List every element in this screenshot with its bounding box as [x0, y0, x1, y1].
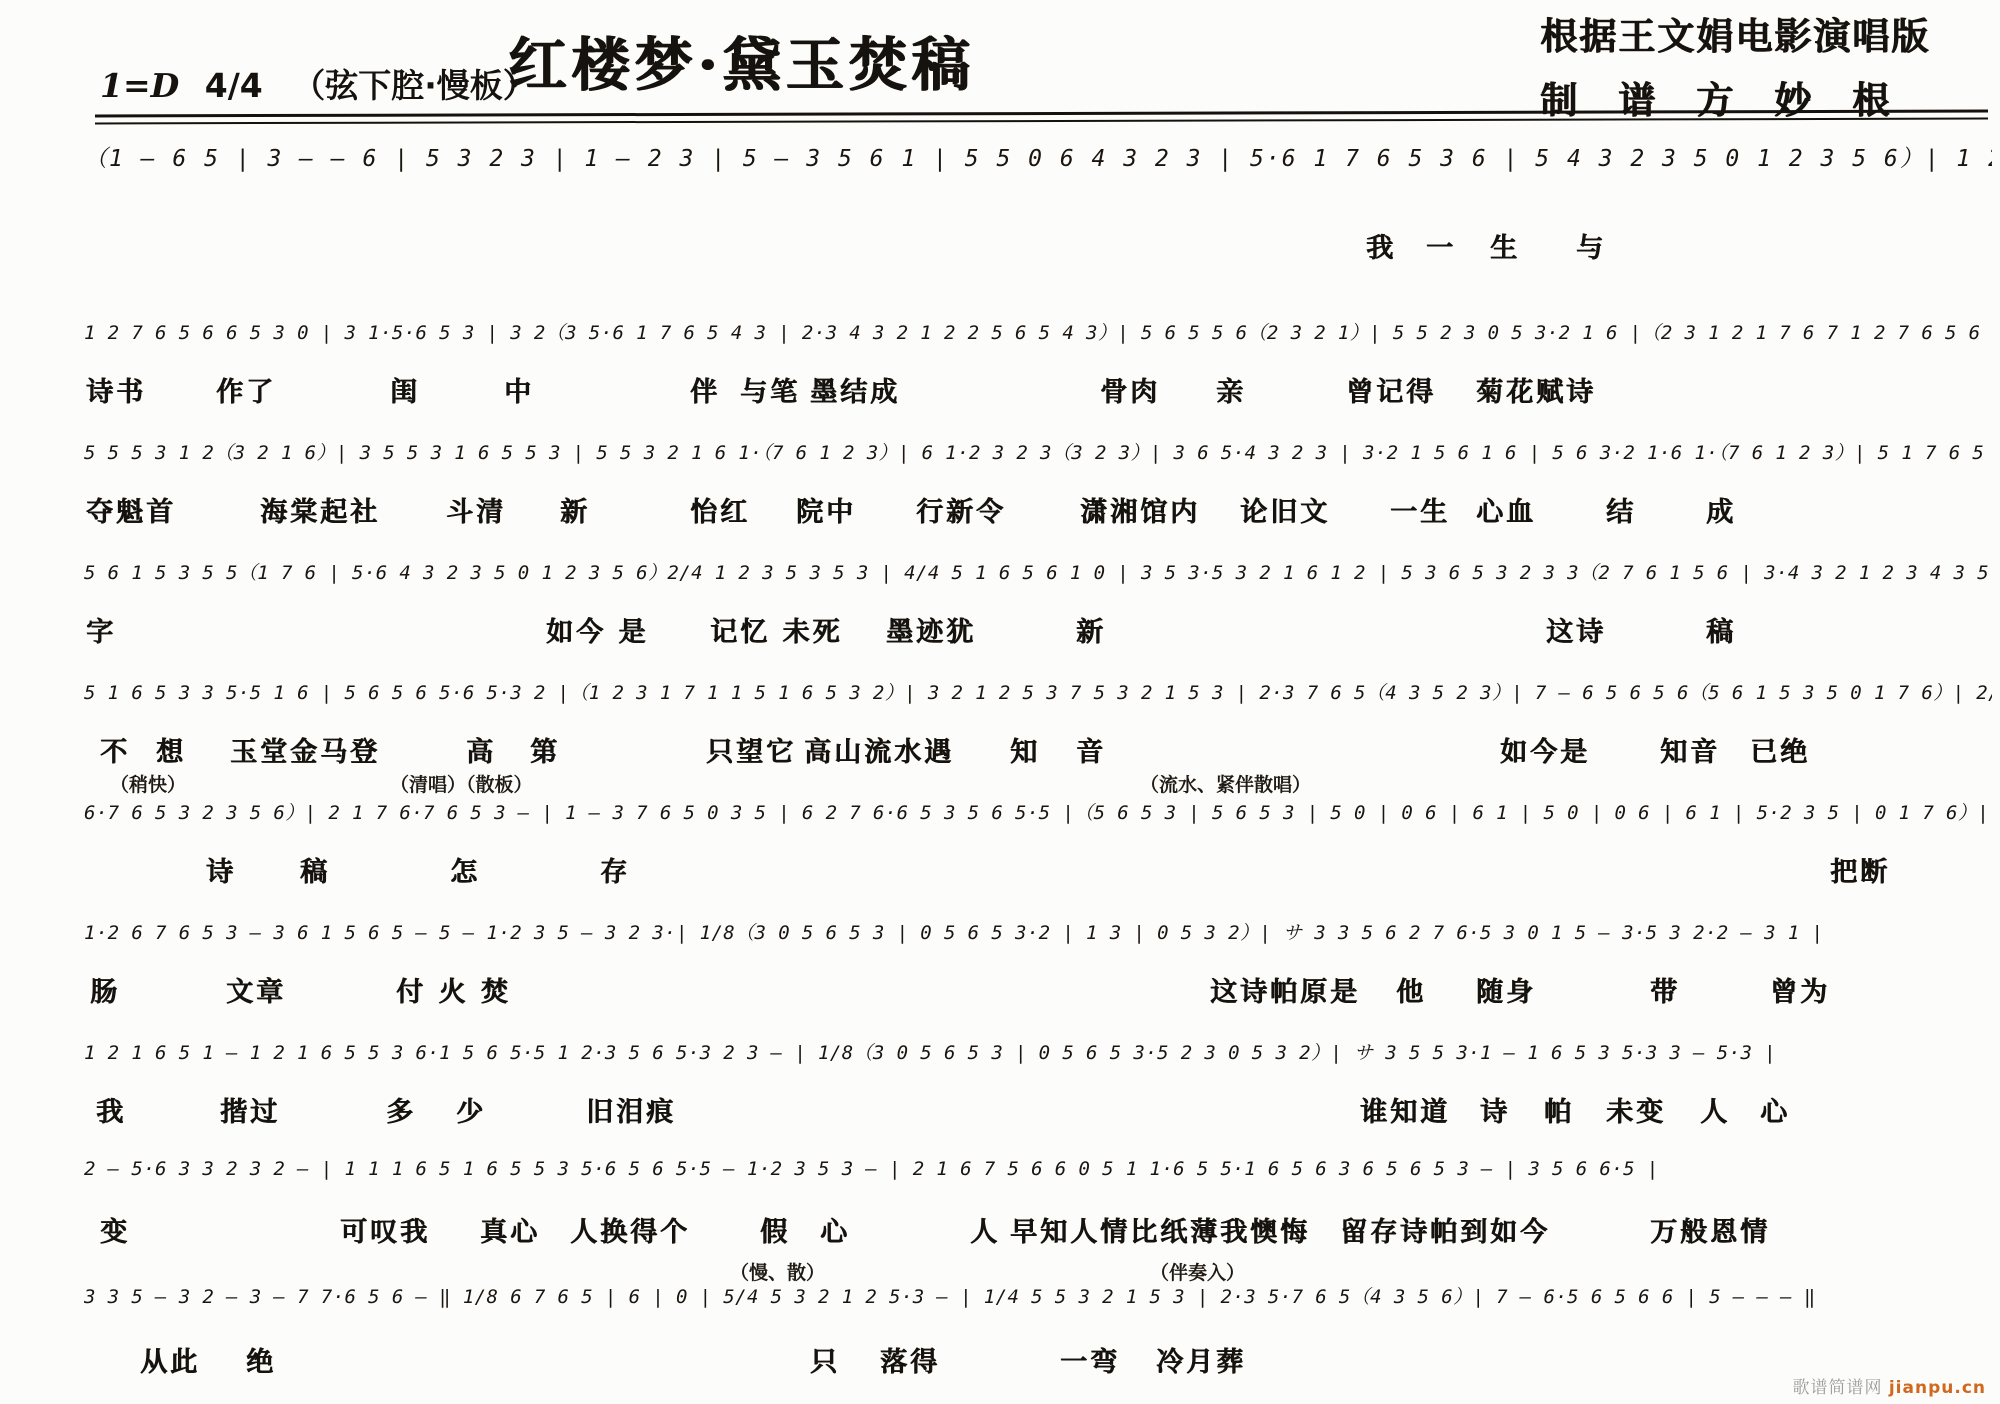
lyric-syllable: 带 — [1650, 970, 1680, 1009]
lyric-syllable: 少 — [456, 1090, 486, 1129]
lyric-syllable: 潇湘馆内 — [1080, 490, 1200, 529]
lyric-syllable: 万般恩情 — [1650, 1210, 1770, 1249]
lyric-syllable: 墨迹犹 — [886, 610, 976, 649]
lyric-syllable: 想 — [156, 730, 186, 769]
lyric-syllable: 随身 — [1476, 970, 1536, 1009]
lyric-syllable: 音 — [1076, 730, 1106, 769]
lyric-syllable: 落得 — [880, 1340, 940, 1379]
lyric-syllable: 只 — [810, 1340, 840, 1379]
lyric-syllable: 揩过 — [220, 1090, 280, 1129]
lyric-syllable: 怎 — [450, 850, 480, 889]
watermark-site-name: 歌谱简谱网 — [1792, 1378, 1882, 1398]
lyric-syllable: 行新令 — [916, 490, 1006, 529]
lyric-syllable: 从此 — [140, 1340, 200, 1379]
lyric-syllable: 这诗 — [1546, 610, 1606, 649]
lyric-syllable: 骨肉 — [1100, 370, 1160, 409]
lyric-syllable: 成 — [1706, 490, 1736, 529]
lyric-syllable: 旧泪痕 — [586, 1090, 676, 1129]
lyric-syllable: 论旧文 — [1240, 490, 1330, 529]
lyric-syllable: 人换得个 — [570, 1210, 690, 1249]
tempo-annotation: （伴奏入） — [1150, 1258, 1245, 1285]
score-system: 1 2 7 6 5 6 6 5 3 0 | 3 1·5·6 5 3 | 3 2（… — [0, 288, 2000, 408]
lyric-syllable: 海棠起社 — [260, 490, 380, 529]
lyric-syllable: 诗 — [1480, 1090, 1510, 1129]
score-system: 1 2 1 6 5 1 — 1 2 1 6 5 5 3 6·1 5 6 5·5 … — [0, 1008, 2000, 1128]
score-system: 1·2 6 7 6 5 3 — 3 6 1 5 6 5 — 5 — 1·2 3 … — [0, 888, 2000, 1008]
lyric-syllable: 心 — [820, 1210, 850, 1249]
lyric-syllable: 诗 — [206, 850, 236, 889]
lyric-syllable: 稿 — [300, 850, 330, 889]
lyric-syllable: 人 — [1700, 1090, 1730, 1129]
lyric-syllable: 不 — [100, 730, 130, 769]
tempo-annotation: （慢、散） — [730, 1258, 825, 1285]
tempo-annotation: （清唱）（散板） — [390, 770, 533, 797]
lyric-syllable: 亲 — [1216, 370, 1246, 409]
lyric-syllable: 怡红 — [690, 490, 750, 529]
key-signature: 1=D — [100, 66, 179, 105]
lyric-syllable: 我懊悔 — [1220, 1210, 1310, 1249]
score-system: 5 6 1 5 3 5 5（1 7 6 | 5·6 4 3 2 3 5 0 1 … — [0, 528, 2000, 648]
lyric-syllable: 知 — [1010, 730, 1040, 769]
lyric-syllable: 夺魁首 — [86, 490, 176, 529]
lyric-syllable: 记忆 未死 — [710, 610, 842, 649]
credit-source: 根据王文娟电影演唱版 — [1540, 6, 1930, 60]
lyric-syllable: 帕 — [1544, 1090, 1574, 1129]
lyric-syllable: 谁知道 — [1360, 1090, 1450, 1129]
lyric-syllable: 如今 是 — [546, 610, 648, 649]
lyric-syllable: 人 — [970, 1210, 1000, 1249]
lyric-syllable: 他 — [1396, 970, 1426, 1009]
lyric-syllable: 心 — [1760, 1090, 1790, 1129]
lyric-syllable: 真心 — [480, 1210, 540, 1249]
lyric-syllable: 心血 — [1476, 490, 1536, 529]
lyric-syllable: 诗书 — [86, 370, 146, 409]
lyric-syllable: 伴 — [690, 370, 720, 409]
notation-line: 5 6 1 5 3 5 5（1 7 6 | 5·6 4 3 2 3 5 0 1 … — [84, 558, 1992, 585]
score-sheet: { "header": { "key_signature": "1=D", "t… — [0, 0, 2000, 1404]
lyric-syllable: 付 火 焚 — [396, 970, 511, 1009]
lyric-syllable: 冷月葬 — [1156, 1340, 1246, 1379]
lyric-syllable: 一生 — [1390, 490, 1450, 529]
lyric-syllable: 稿 — [1706, 610, 1736, 649]
notation-line: 1 2 1 6 5 1 — 1 2 1 6 5 5 3 6·1 5 6 5·5 … — [84, 1038, 1992, 1065]
lyric-syllable: 闺 — [390, 370, 420, 409]
score-body: （1 — 6 5 | 3 — — 6 | 5 3 2 3 | 1 — 2 3 |… — [0, 124, 2000, 1404]
lyric-syllable: 只望它 — [706, 730, 796, 769]
page-title: 红楼梦·黛玉焚稿 — [508, 18, 974, 102]
lyric-syllable: 绝 — [246, 1340, 276, 1379]
score-system: 5 1 6 5 3 3 5·5 1 6 | 5 6 5 6 5·6 5·3 2 … — [0, 648, 2000, 768]
score-system: 2 — 5·6 3 3 2 3 2 — | 1 1 1 6 5 1 6 5 5 … — [0, 1128, 2000, 1248]
watermark: 歌谱简谱网 jianpu.cn — [1792, 1373, 1986, 1398]
tempo-annotation: （稍快） — [110, 770, 186, 797]
lyric-syllable: 新 — [1076, 610, 1106, 649]
tempo-annotation: （流水、紧伴散唱） — [1140, 770, 1311, 797]
lyric-syllable: 已绝 — [1750, 730, 1810, 769]
lyric-syllable: 高 — [466, 730, 496, 769]
lyric-syllable: 早知人情比纸薄 — [1010, 1210, 1220, 1249]
lyric-syllable: 如今是 — [1500, 730, 1590, 769]
lyric-syllable: 留存诗帕到如今 — [1340, 1210, 1550, 1249]
lyric-syllable: 存 — [600, 850, 630, 889]
lyric-syllable: 墨结成 — [810, 370, 900, 409]
lyric-syllable: 斗清 — [446, 490, 506, 529]
notation-line: 6·7 6 5 3 2 3 5 6）| 2 1 7 6·7 6 5 3 — | … — [84, 798, 1992, 825]
notation-line: 3 3 5 — 3 2 — 3 — 7 7·6 5 6 — ‖ 1/8 6 7 … — [84, 1282, 1992, 1309]
notation-line: 5 5 5 3 1 2（3 2 1 6）| 3 5 5 3 1 6 5 5 3 … — [84, 438, 1992, 465]
notation-line: 2 — 5·6 3 3 2 3 2 — | 1 1 1 6 5 1 6 5 5 … — [84, 1158, 1992, 1180]
lyric-syllable: 假 — [760, 1210, 790, 1249]
lyric-syllable: 未变 — [1606, 1090, 1666, 1129]
lyric-syllable: 玉堂金马登 — [230, 730, 380, 769]
lyric-syllable: 肠 — [90, 970, 120, 1009]
lyric-syllable: 我 — [96, 1090, 126, 1129]
lyric-syllable: 知音 — [1660, 730, 1720, 769]
notation-line: 1 2 7 6 5 6 6 5 3 0 | 3 1·5·6 5 3 | 3 2（… — [84, 318, 1992, 345]
lyric-syllable: 我 — [1366, 226, 1407, 265]
lyric-syllable: 多 — [386, 1090, 416, 1129]
lyric-syllable: 可叹我 — [340, 1210, 430, 1249]
lyric-syllable: 变 — [100, 1210, 130, 1249]
notation-line: （1 — 6 5 | 3 — — 6 | 5 3 2 3 | 1 — 2 3 |… — [84, 140, 1992, 173]
lyric-syllable: 院中 — [796, 490, 856, 529]
score-system: （慢、散）（伴奏入）3 3 5 — 3 2 — 3 — 7 7·6 5 6 — … — [0, 1248, 2000, 1404]
lyric-syllable: 曾记得 — [1346, 370, 1436, 409]
lyric-syllable: 与 — [1576, 226, 1617, 265]
time-signature: 4/4 — [205, 66, 263, 105]
lyric-syllable: 生 — [1490, 226, 1531, 265]
key-signature-line: 1=D 4/4 （弦下腔·慢板） — [100, 60, 536, 107]
notation-line: 5 1 6 5 3 3 5·5 1 6 | 5 6 5 6 5·6 5·3 2 … — [84, 678, 1992, 705]
score-system: （1 — 6 5 | 3 — — 6 | 5 3 2 3 | 1 — 2 3 |… — [0, 124, 2000, 288]
lyric-syllable: 高山流水遇 — [804, 730, 954, 769]
credits-block: 根据王文娟电影演唱版 制 谱 方 妙 根 — [1540, 6, 1930, 124]
lyric-syllable: 字 — [86, 610, 116, 649]
lyric-syllable: 这诗帕原是 — [1210, 970, 1360, 1009]
lyric-syllable: 把断 — [1830, 850, 1890, 889]
notation-line: 1·2 6 7 6 5 3 — 3 6 1 5 6 5 — 5 — 1·2 3 … — [84, 918, 1992, 945]
tempo-mark: （弦下腔·慢板） — [292, 66, 536, 105]
lyric-syllable: 一弯 — [1060, 1340, 1120, 1379]
watermark-site-url: jianpu.cn — [1889, 1378, 1986, 1398]
lyric-syllable: 菊花赋诗 — [1476, 370, 1596, 409]
lyric-syllable: 曾为 — [1770, 970, 1830, 1009]
lyric-syllable: 文章 — [226, 970, 286, 1009]
lyric-syllable: 新 — [560, 490, 590, 529]
lyric-syllable: 与笔 — [740, 370, 800, 409]
lyric-syllable: 一 — [1426, 226, 1467, 265]
lyric-syllable: 第 — [530, 730, 560, 769]
lyric-syllable: 作了 — [216, 370, 276, 409]
score-system: 5 5 5 3 1 2（3 2 1 6）| 3 5 5 3 1 6 5 5 3 … — [0, 408, 2000, 528]
lyric-syllable: 结 — [1606, 490, 1636, 529]
score-system: （稍快）（清唱）（散板）（流水、紧伴散唱）6·7 6 5 3 2 3 5 6）|… — [0, 768, 2000, 888]
lyric-syllable: 中 — [504, 370, 534, 409]
